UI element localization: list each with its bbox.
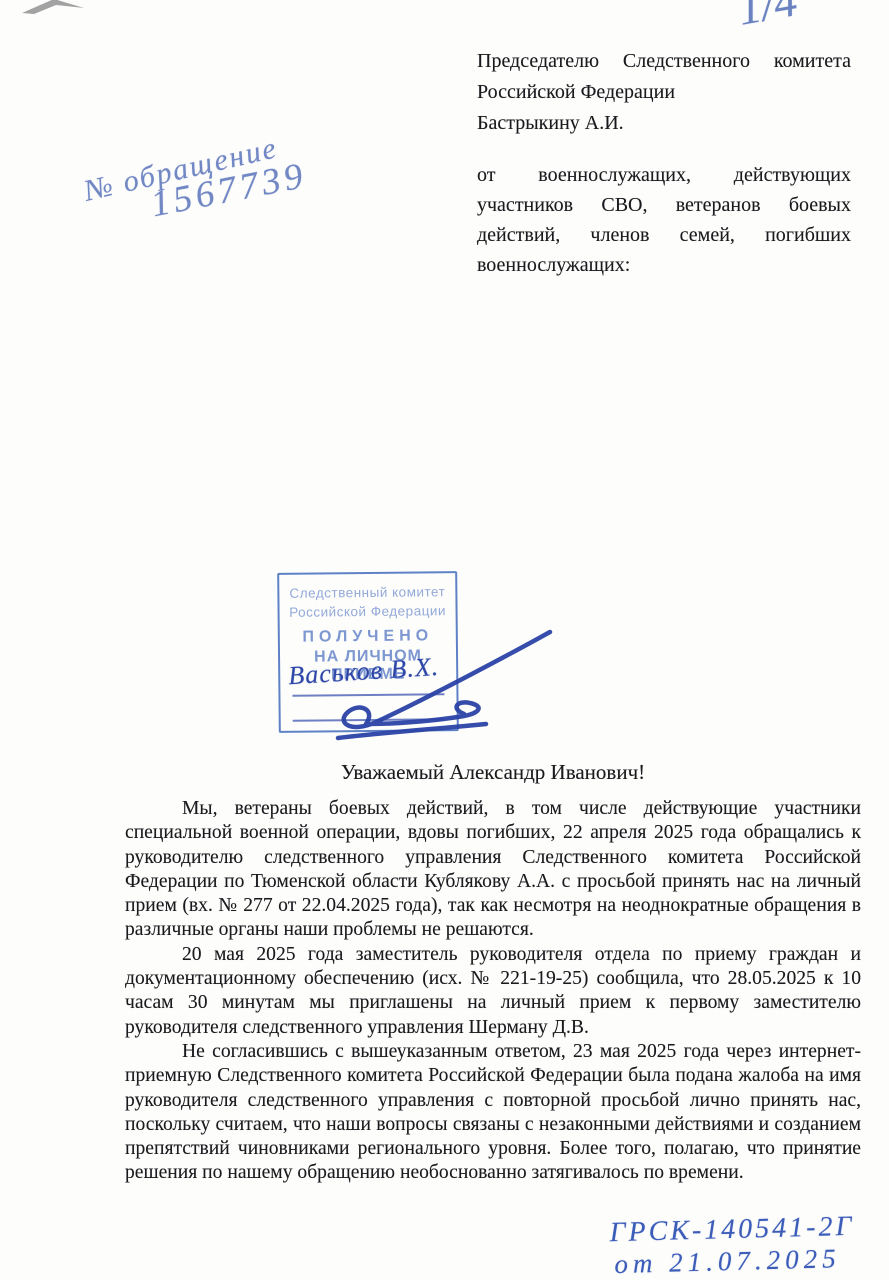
scanned-letter-page: 1/4 Председателю Следственного комитета … xyxy=(0,0,889,1280)
handwritten-case-reference: ГРСК-140541-2Г от 21.07.2025 xyxy=(609,1211,855,1280)
body-paragraph: Не согласившись с вышеуказанным ответом,… xyxy=(125,1040,861,1186)
sender-line: военнослужащих: xyxy=(477,250,851,280)
case-date: от 21.07.2025 xyxy=(614,1243,856,1280)
sender-block: от военнослужащих, действующих участнико… xyxy=(477,160,851,280)
recipient-block: Председателю Следственного комитета Росс… xyxy=(477,46,851,139)
recipient-line: Российской Федерации xyxy=(477,77,851,108)
recipient-line: Председателю Следственного комитета xyxy=(477,46,851,77)
letter-body: Мы, ветераны боевых действий, в том числ… xyxy=(125,797,861,1186)
stamp-org-line: Следственный комитет xyxy=(279,582,455,603)
scan-smudge-mark xyxy=(20,0,94,22)
body-paragraph: Мы, ветераны боевых действий, в том числ… xyxy=(125,797,861,943)
recipient-line: Бастрыкину А.И. xyxy=(477,108,851,139)
signature-flourish xyxy=(318,626,558,751)
sender-line: действий, членов семей, погибших xyxy=(477,220,851,250)
salutation: Уважаемый Александр Иванович! xyxy=(125,760,861,785)
handwritten-registration-number: № обращение 1567739 xyxy=(81,126,310,243)
sender-line: от военнослужащих, действующих xyxy=(477,160,851,190)
handwritten-page-mark: 1/4 xyxy=(734,0,801,36)
sender-line: участников СВО, ветеранов боевых xyxy=(477,190,851,220)
stamp-org-line: Российской Федерации xyxy=(279,601,455,622)
body-paragraph: 20 мая 2025 года заместитель руководител… xyxy=(125,943,861,1040)
